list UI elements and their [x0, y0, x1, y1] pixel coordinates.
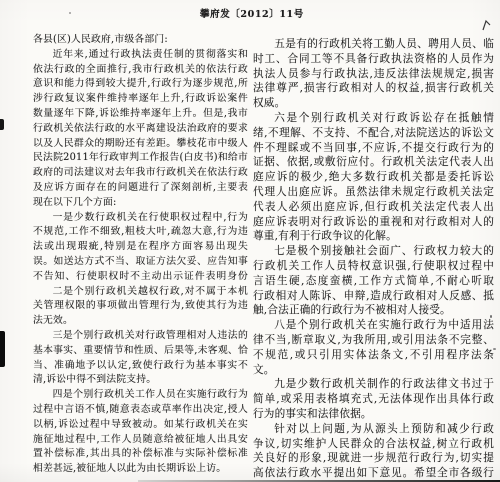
- text-line: 时工、合同工等不具备行政执法资格的人员作为: [253, 52, 494, 67]
- text-line: 涉行政复议案件维持率逐年上升,行政诉讼案件: [33, 92, 248, 107]
- scan-artifact-left-edge-large: [0, 331, 5, 367]
- text-line: 不告知、行使职权时不主动出示证件表明身份等。: [33, 270, 248, 285]
- text-line: 简单,或采用表格填充式,无法体现作出具体行政: [253, 392, 494, 407]
- text-line: 权威。: [253, 96, 494, 111]
- scan-artifact-speck: [69, 12, 71, 14]
- text-line: 当、准确地予以认定,致使行政行为基本事实不: [33, 359, 248, 374]
- right-text-column: 五是有的行政机关将工勤人员、聘用人员、临时工、合同工等不具备行政执法资格的人员作…: [253, 37, 494, 481]
- text-line: 行政相对人陈诉、申辩,造成行政相对人反感、抵: [253, 289, 494, 304]
- text-line: 绪,不理解、不支持、不配合,对法院送达的诉讼文: [253, 126, 494, 141]
- text-line: 行政机关工作人员特权意识强,行使职权过程中: [253, 259, 494, 274]
- scanned-document-page: 攀府发〔2012〕11号 各县(区)人民政府,市级各部门:近年来,通过行政执法责…: [0, 0, 500, 482]
- scan-artifact-speck: [493, 348, 496, 350]
- text-line: 七是极个别接触社会面广、行政权力较大的: [253, 244, 494, 259]
- text-line: 九是少数行政机关制作的行政法律文书过于: [253, 377, 494, 392]
- text-line: 尊重,有利于行政争议的化解。: [253, 229, 494, 244]
- text-line: 五是有的行政机关将工勤人员、聘用人员、临: [253, 37, 494, 52]
- text-line: 近年来,通过行政执法责任制的贯彻落实和: [33, 48, 248, 63]
- text-line: 一是少数行政机关在行使职权过程中,行为: [33, 211, 248, 226]
- text-line: 依法行政的全面推行,我市行政机关的依法行政: [33, 63, 248, 78]
- document-number: 攀府发〔2012〕11号: [200, 6, 304, 20]
- text-line: 件不理睬或不当回事,不应诉,不提交行政行为的: [253, 141, 494, 156]
- text-line: 针对以上问题,为从源头上预防和减少行政: [253, 422, 494, 437]
- scan-artifact-speck: [490, 315, 492, 318]
- text-line: 民法院2011年行政审判工作报告(白皮书)和给市: [33, 151, 248, 166]
- text-line: 代表人必须出庭应诉,但行政机关法定代表人出: [253, 200, 494, 215]
- text-line: 法无效。: [33, 314, 248, 329]
- text-line: 法或出现瑕疵,特别是在程序方面容易出现失: [33, 240, 248, 255]
- text-line: 置补偿标准,其出具的补偿标准与实际补偿标准: [33, 447, 248, 462]
- text-line: 过程中言语不慎,随意表态或草率作出决定,授人: [33, 403, 248, 418]
- text-line: 触,合法正确的行政行为不被相对人接受。: [253, 303, 494, 318]
- text-line: 各县(区)人民政府,市级各部门:: [33, 33, 248, 48]
- scan-artifact-left-edge-small: [0, 119, 4, 130]
- text-line: 意识和能力得到较大提升,行政行为逐步规范,所: [33, 77, 248, 92]
- scan-artifact-hook-mark: [482, 17, 492, 30]
- text-line: 行政机关依法行政的水平离建设法治政府的要求: [33, 122, 248, 137]
- text-line: 执法人员参与行政执法,违反法律法规规定,损害: [253, 67, 494, 82]
- text-line: 庭应诉表明对行政诉讼的重视和对行政相对人的: [253, 215, 494, 230]
- text-line: 清,诉讼中得不到法院支持。: [33, 373, 248, 388]
- text-line: 律不当,断章取义,为我所用,或引用法条不完整、: [253, 333, 494, 348]
- text-line: 证据、依据,或敷衍应付。行政机关法定代表人出: [253, 155, 494, 170]
- text-line: 不规范,工作不细致,粗枝大叶,疏忽大意,行为违: [33, 225, 248, 240]
- text-line: 相差甚远,被征地人以此为由长期诉讼上访。: [33, 462, 248, 477]
- text-line: 以柄,诉讼过程中导致被动。如某行政机关在实: [33, 418, 248, 433]
- text-line: 三是个别行政机关对行政管理相对人违法的: [33, 329, 248, 344]
- text-line: 法律尊严,损害行政相对人的权益,损害行政机关: [253, 81, 494, 96]
- text-line: 现在以下几个方面:: [33, 196, 248, 211]
- text-line: 庭应诉的极少,绝大多数行政机关都是委托诉讼: [253, 170, 494, 185]
- text-line: 行为的事实和法律依据。: [253, 407, 494, 422]
- text-line: 六是个别行政机关对行政诉讼存在抵触情: [253, 111, 494, 126]
- text-line: 争议,切实维护人民群众的合法权益,树立行政机: [253, 437, 494, 452]
- text-line: 基本事实、重要情节和性质、后果等,未客观、恰: [33, 344, 248, 359]
- text-line: 政府的司法建议对去年我市行政机关在依法行政: [33, 166, 248, 181]
- text-line: 四是个别行政机关工作人员在实施行政行为: [33, 388, 248, 403]
- text-line: 以及人民群众的期盼还有差距。攀枝花市中级人: [33, 137, 248, 152]
- text-line: 不规范,或只引用实体法条文,不引用程序法条: [253, 348, 494, 363]
- text-line: 施征地过程中,工作人员随意给被征地人出具安: [33, 433, 248, 448]
- text-line: 八是个别行政机关在实施行政行为中适用法: [253, 318, 494, 333]
- text-line: 关管理权限的事项做出管理行为,致使其行为违: [33, 299, 248, 314]
- text-line: 二是个别行政机关越权行政,对不属于本机: [33, 285, 248, 300]
- text-line: 代理人出庭应诉。虽然法律未规定行政机关法定: [253, 185, 494, 200]
- text-line: 关良好的形象,现就进一步规范行政行为,切实提: [253, 451, 494, 466]
- text-line: 言语生硬,态度蛮横,工作方式简单,不耐心听取: [253, 274, 494, 289]
- text-line: 数量逐年下降,诉讼维持率逐年上升。但是,我市: [33, 107, 248, 122]
- text-line: 高依法行政水平提出如下意见。希望全市各级行: [253, 466, 494, 481]
- text-line: 文。: [253, 363, 494, 378]
- left-text-column: 各县(区)人民政府,市级各部门:近年来,通过行政执法责任制的贯彻落实和依法行政的…: [33, 33, 248, 477]
- text-line: 误。如送达方式不当、取证方法欠妥、应告知事项: [33, 255, 248, 270]
- text-line: 及应诉方面存在的问题进行了深刻剖析,主要表: [33, 181, 248, 196]
